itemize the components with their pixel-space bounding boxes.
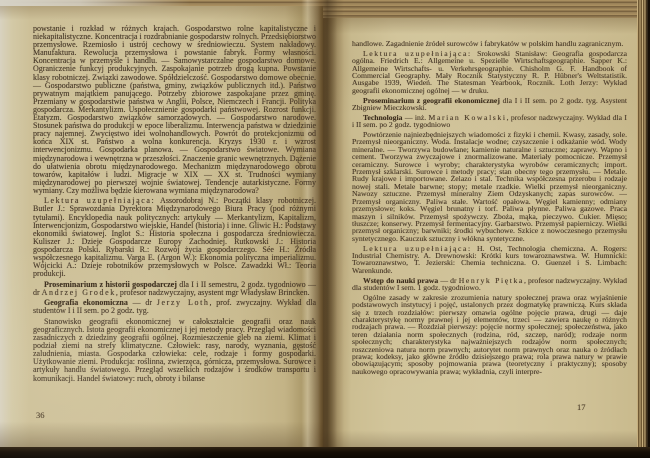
left-page-number: 36 [36,410,45,420]
paragraph: powstanie i rozkład w różnych krajach. G… [33,25,316,195]
right-page-text: handlowe. Zagadnienie źródeł surowców i … [352,40,627,375]
body-text: powstanie i rozkład w różnych krajach. G… [33,24,316,195]
right-page-number: 17 [577,402,586,412]
body-text: Ogólne zasady w zakresie zrozumienia nat… [352,293,627,376]
body-text: Assorodobraj N.: Początki klasy robotnic… [33,196,316,278]
paragraph: Proseminarium z geografii ekonomicznej d… [352,97,627,112]
body-text: Powtórzenie najniezbędniejszych wiadomoś… [352,130,627,243]
left-page-text: powstanie i rozkład w różnych krajach. G… [33,25,316,383]
body-text: handlowe. Zagadnienie źródeł surowców i … [352,39,623,48]
book-bottom-edge [0,447,650,458]
letterspaced-text: Jerzy Loth [157,298,210,307]
paragraph: Powtórzenie najniezbędniejszych wiadomoś… [352,131,627,242]
paragraph: Proseminarium z historii gospodarczej dl… [33,281,316,297]
book-scan: powstanie i rozkład w różnych krajach. G… [0,0,650,458]
paragraph: Lektura uzupełniająca: H. Ost, Technolog… [352,245,627,275]
paragraph: Lektura uzupełniająca: Assorodobraj N.: … [33,197,316,278]
letterspaced-text: Andrzej Grodek [42,288,116,297]
paragraph: Lektura uzupełniająca: Srokowski Stanisł… [352,50,627,94]
body-text: Srokowski Stanisław: Geografia gospodarc… [352,49,627,95]
paragraph: handlowe. Zagadnienie źródeł surowców i … [352,40,627,47]
paragraph: Ogólne zasady w zakresie zrozumienia nat… [352,294,627,375]
paragraph: Technologia — inż. Marian Kowalski, prof… [352,114,627,129]
paragraph: Wstęp do nauki prawa — dr Henryk Piętka,… [352,277,627,292]
book-page-stack-edge [637,0,650,458]
paragraph: Geografia ekonomiczna — dr Jerzy Loth, p… [33,299,316,315]
paragraph: Stanowisko geografii ekonomicznej w cało… [33,318,316,383]
body-text: Stanowisko geografii ekonomicznej w cało… [33,317,316,383]
body-text: , profesor nadzwyczajny, asystent mgr Wł… [116,288,310,297]
